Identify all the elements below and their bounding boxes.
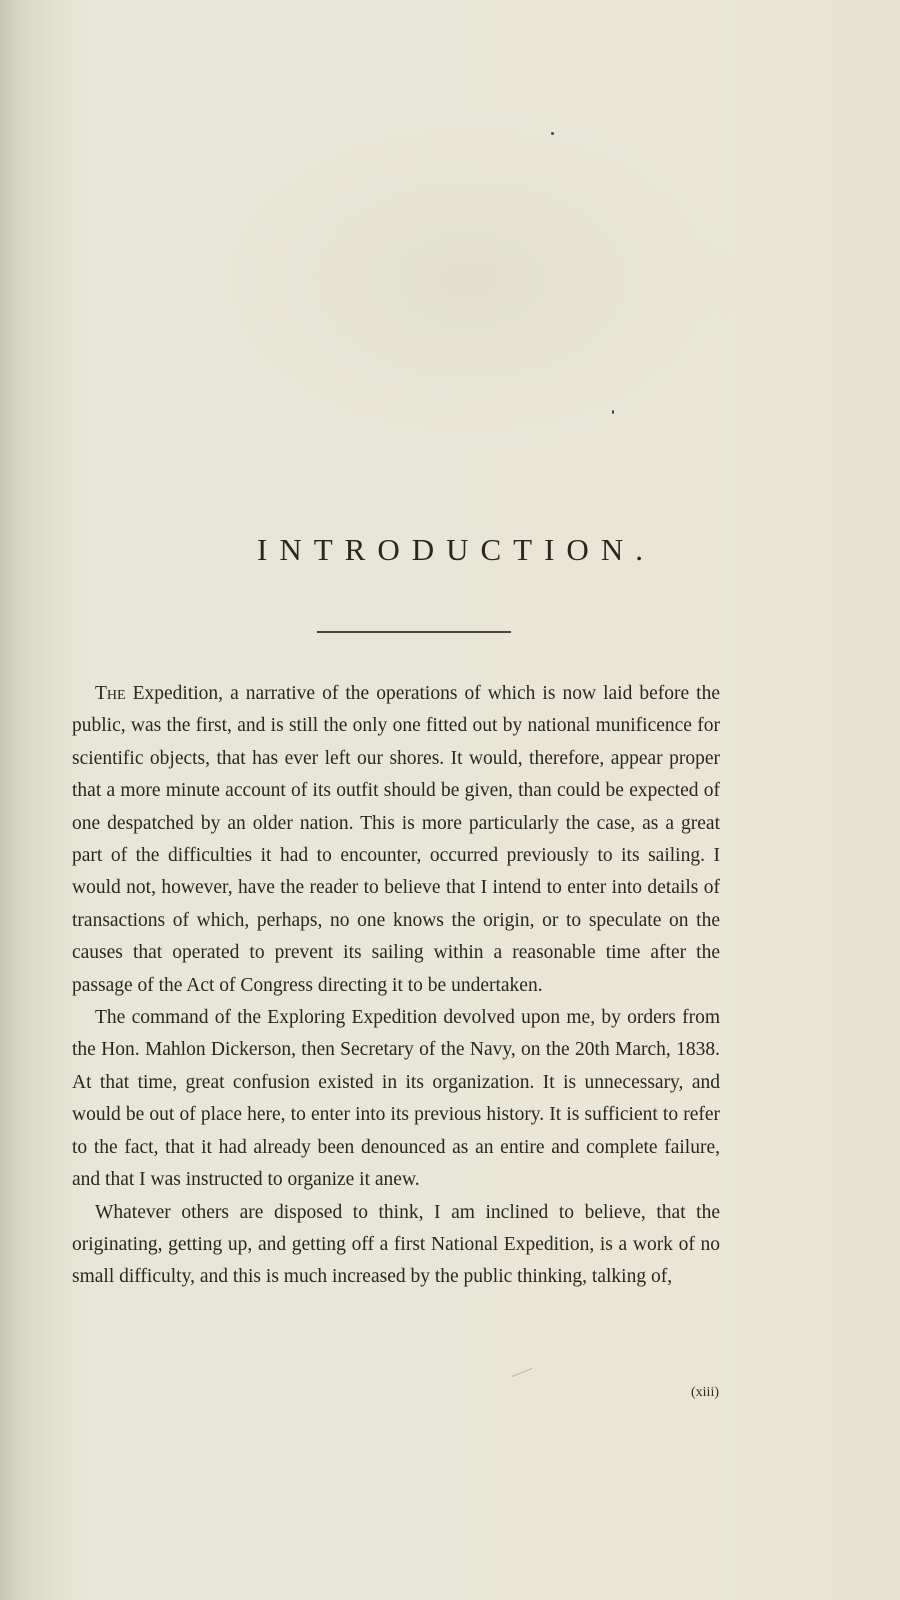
paper-fiber-mark	[512, 1368, 533, 1377]
page-number: (xiii)	[691, 1385, 719, 1401]
paragraph-2: The command of the Exploring Expedition …	[72, 1002, 720, 1196]
chapter-heading: INTRODUCTION.	[0, 532, 900, 568]
book-page: INTRODUCTION. The Expedition, a narrativ…	[0, 0, 900, 1600]
paragraph-lead-smallcaps: The	[95, 683, 126, 704]
ink-speck	[612, 410, 614, 414]
paragraph-3: Whatever others are disposed to think, I…	[72, 1197, 720, 1294]
reverse-page-show-through	[0, 0, 900, 520]
paragraph-1: The Expedition, a narrative of the opera…	[72, 678, 720, 1002]
paragraph-text: Expedition, a narrative of the operation…	[72, 683, 720, 996]
ink-speck	[551, 132, 554, 135]
body-text: The Expedition, a narrative of the opera…	[72, 678, 720, 1294]
heading-rule-divider	[317, 631, 511, 633]
